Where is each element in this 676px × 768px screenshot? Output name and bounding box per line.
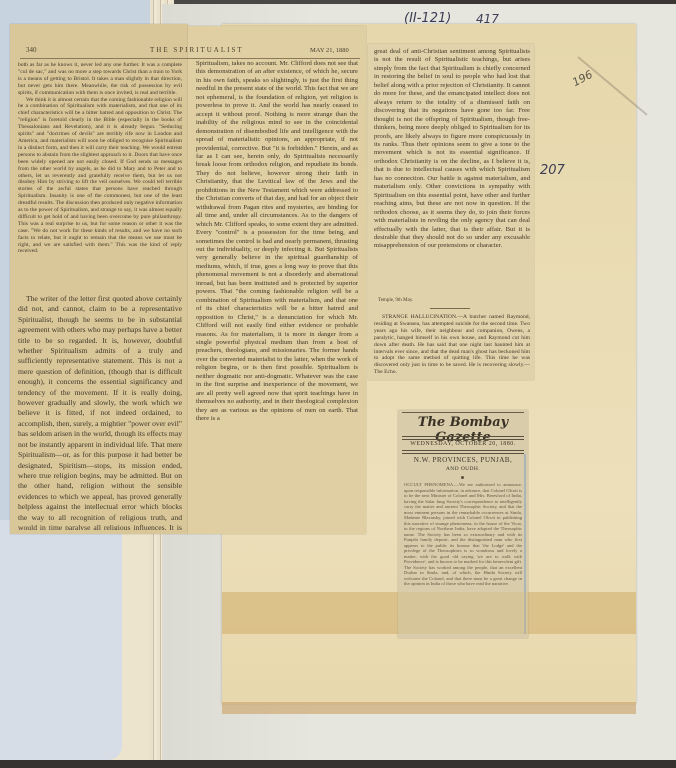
- ornament-dot: [461, 476, 464, 479]
- paragraph: We think it is almost certain that the c…: [18, 97, 182, 256]
- gazette-dateline: WEDNESDAY, OCTOBER 20, 1880.: [398, 441, 528, 447]
- paragraph: great deal of anti-Christian sentiment a…: [374, 48, 530, 251]
- rule: [402, 436, 524, 440]
- page-number: 340: [26, 46, 37, 54]
- rule: [402, 450, 524, 454]
- rule: [402, 412, 524, 413]
- article-signature: Temple, 9th May.: [378, 298, 413, 303]
- gazette-headline: N.W. PROVINCES, PUNJAB, AND OUDH.: [398, 456, 528, 473]
- paragraph: The writer of the letter first quoted ab…: [18, 294, 182, 530]
- blue-card-lower: [0, 520, 122, 760]
- handwritten-margin-number: 207: [540, 163, 565, 178]
- tape-strip-overlay: [222, 592, 636, 634]
- article-column-3: great deal of anti-Christian sentiment a…: [374, 48, 530, 292]
- tape-strip-bottom: [222, 702, 636, 714]
- article-column-1-bottom: The writer of the letter first quoted ab…: [18, 294, 182, 530]
- table-edge: [0, 760, 676, 768]
- article-column-2: Spiritualism, takes no account. Mr. Clif…: [196, 60, 358, 530]
- article-column-1-top: both as far as he knows it, never led an…: [18, 62, 182, 288]
- masthead-rule: [20, 58, 360, 59]
- news-item-hallucination: STRANGE HALLUCINATION.—A butcher named R…: [374, 314, 530, 376]
- paragraph: Spiritualism, takes no account. Mr. Clif…: [196, 60, 358, 423]
- paragraph: STRANGE HALLUCINATION.—A butcher named R…: [374, 314, 530, 376]
- masthead-title: THE SPIRITUALIST: [150, 46, 244, 54]
- masthead-date: MAY 21, 1880: [310, 47, 349, 54]
- headline-text: N.W. PROVINCES, PUNJAB,: [414, 456, 512, 464]
- column-divider: [430, 308, 470, 309]
- subheadline-text: AND OUDH.: [446, 466, 480, 472]
- paragraph: both as far as he knows it, never led an…: [18, 62, 182, 97]
